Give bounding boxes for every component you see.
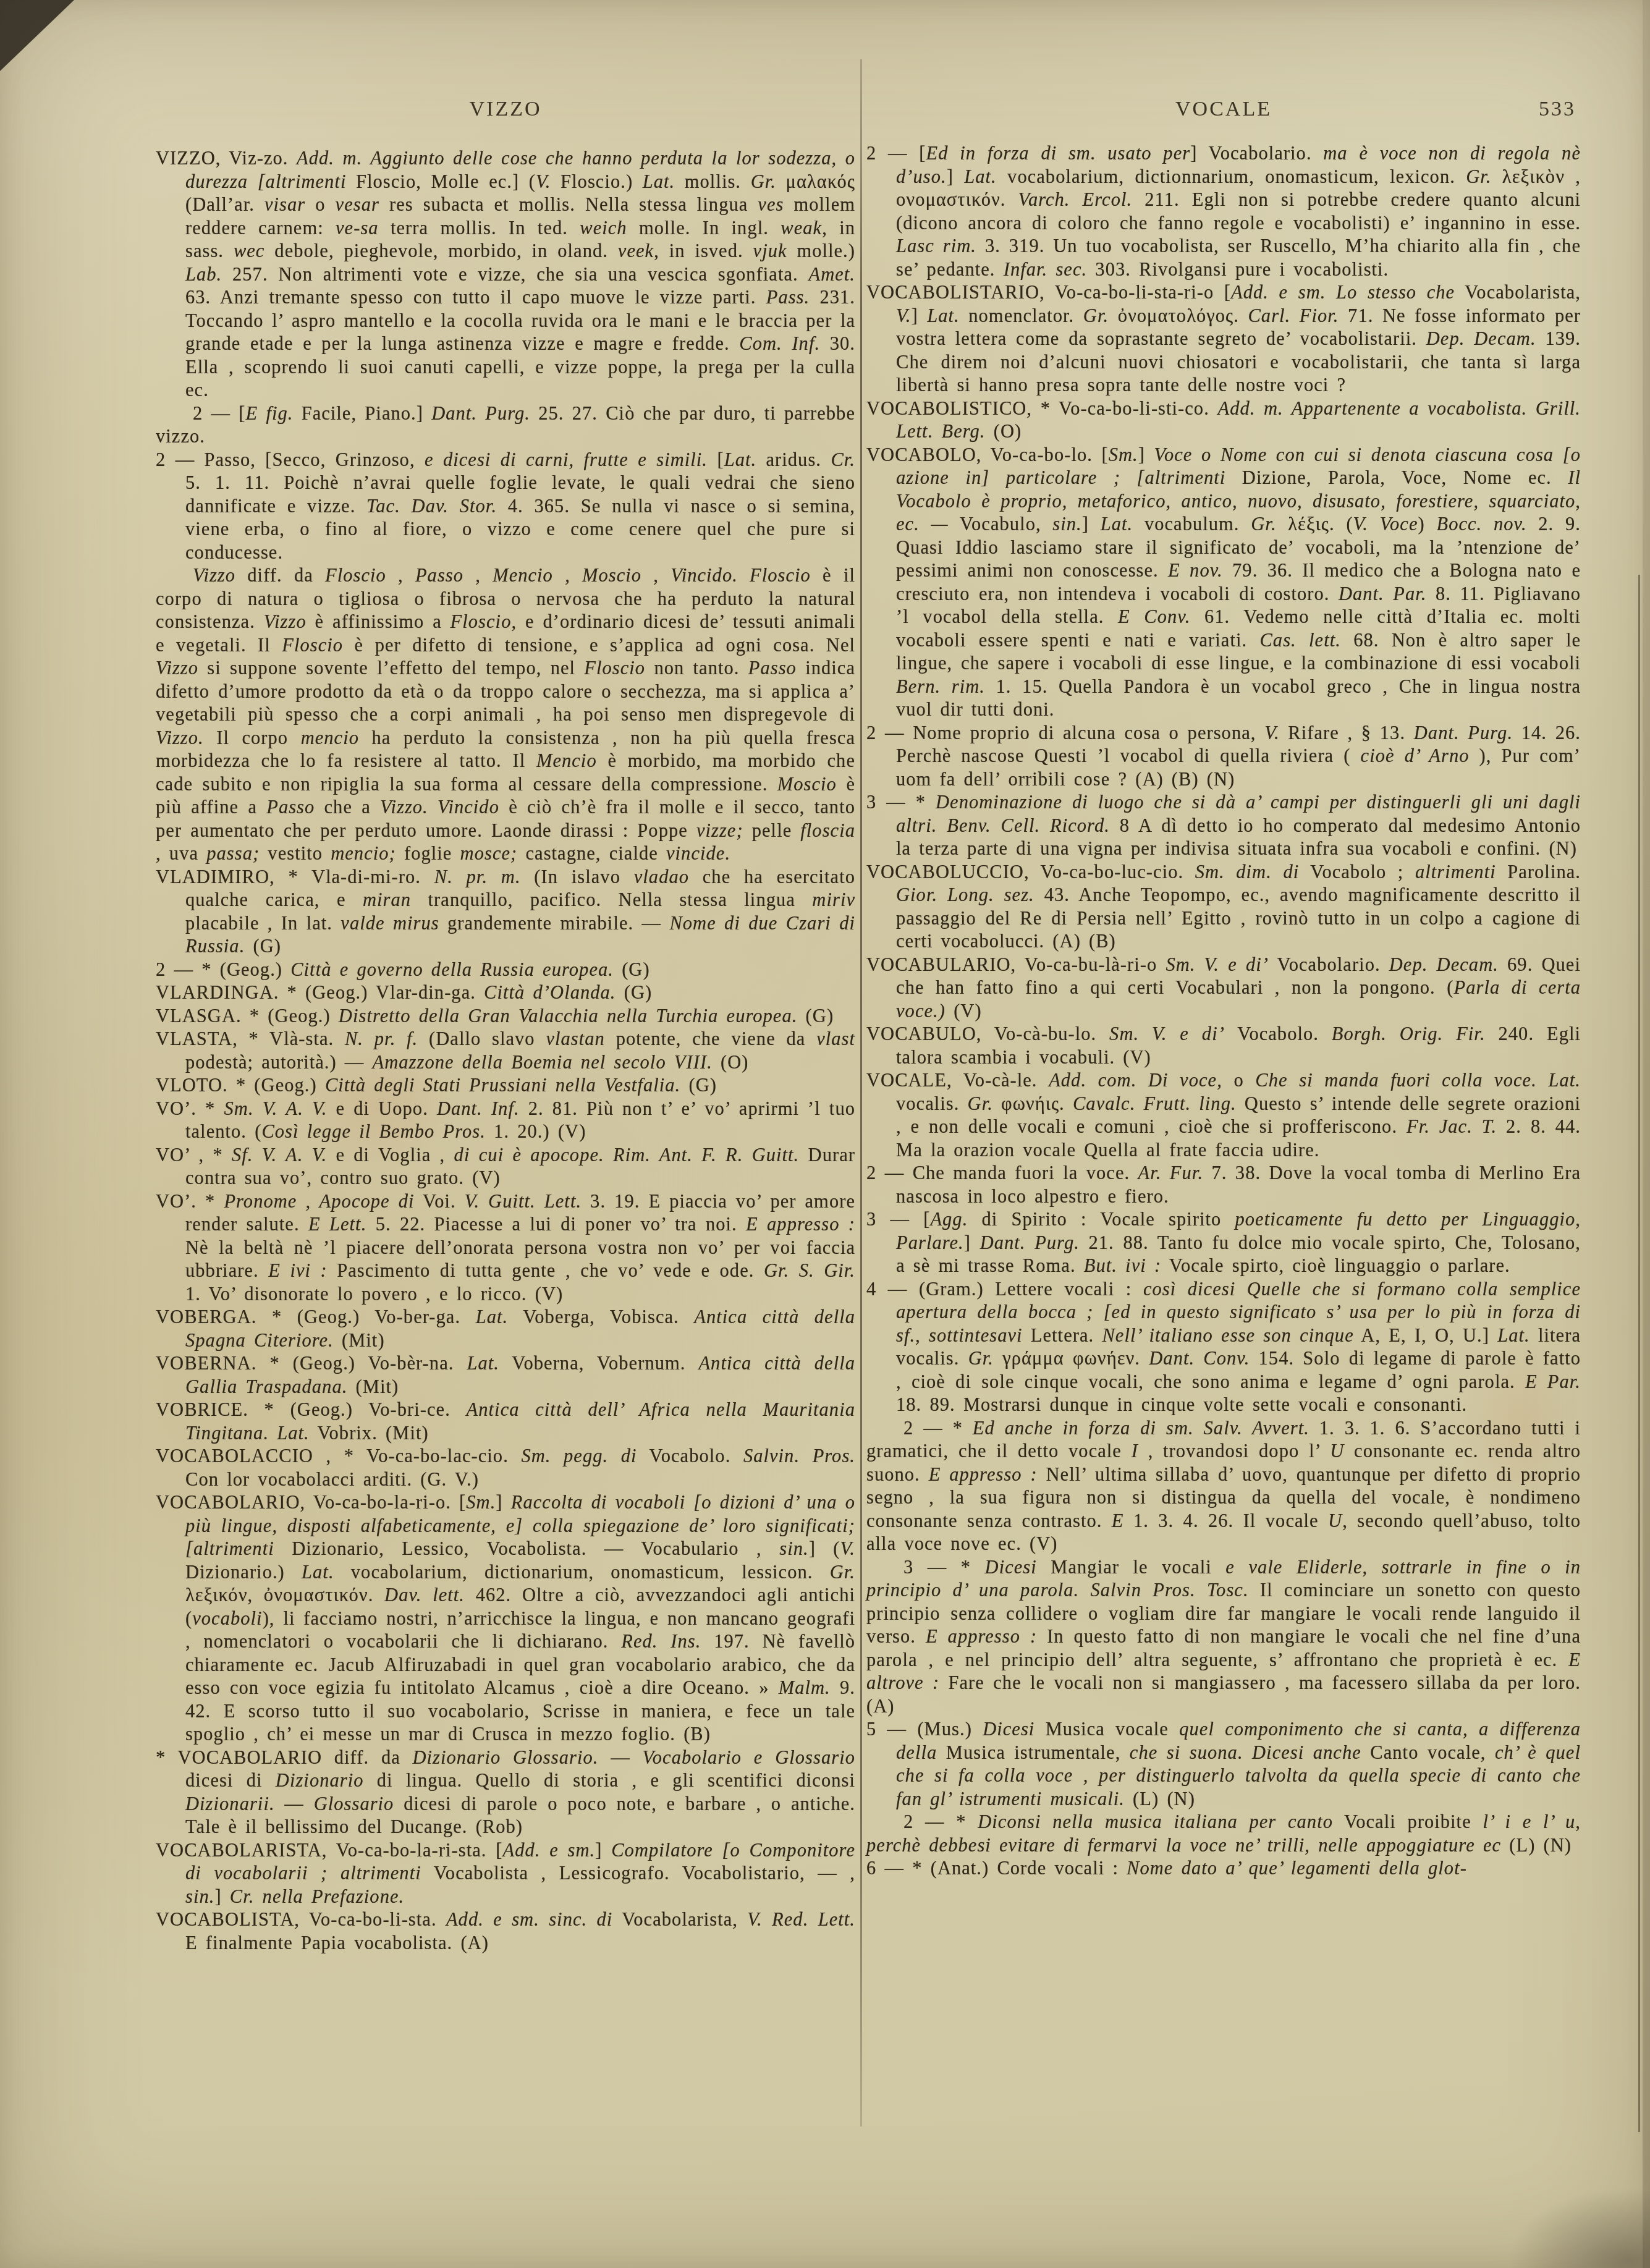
text-segment: γράμμα φωνήεν. xyxy=(994,1348,1149,1369)
text-segment: Glossario xyxy=(314,1793,394,1814)
text-segment: V. Red. Lett. xyxy=(747,1909,855,1930)
text-segment: miriv xyxy=(812,889,855,910)
text-segment: 2 — [ xyxy=(193,403,246,424)
text-segment: Sm. V. e di’ xyxy=(1166,954,1269,975)
text-segment: Vocabolarista, xyxy=(612,1909,747,1930)
left-column: VIZZO, Viz-zo. Add. m. Aggiunto delle co… xyxy=(156,147,855,1955)
text-segment: Vocabolo. xyxy=(637,1445,743,1466)
text-segment: debole, pieghevole, morbido, in oland. xyxy=(264,240,617,261)
text-segment: Città degli Stati Prussiani nella Vestfa… xyxy=(325,1075,680,1096)
text-segment: VOCABOLISTA, Vo-ca-bo-li-sta. xyxy=(156,1909,446,1930)
text-segment: che a xyxy=(315,797,380,818)
text-segment: Ed anche in forza di sm. Salv. Avvert. xyxy=(973,1418,1309,1439)
text-segment: Nell’ italiano esse son cinque xyxy=(1102,1325,1353,1346)
text-segment: di cui è apocope. Rim. Ant. F. R. Guitt. xyxy=(454,1145,800,1166)
text-segment: Lat. xyxy=(1548,1070,1581,1091)
text-segment: nomenclator. xyxy=(960,305,1083,326)
text-segment: U xyxy=(1330,1441,1344,1462)
text-segment: visar xyxy=(264,194,305,215)
text-segment: potente, che viene da xyxy=(605,1028,816,1049)
dictionary-paragraph: 2 — Nome proprio di alcuna cosa o person… xyxy=(866,722,1581,792)
text-segment: Ar. Fur. xyxy=(1138,1162,1204,1183)
text-segment: ] xyxy=(1082,514,1101,535)
text-segment: Gr. xyxy=(830,1562,855,1583)
text-segment: ] xyxy=(214,1886,229,1907)
text-segment: Vizzo. xyxy=(156,727,204,748)
text-segment: Cas. lett. xyxy=(1259,630,1340,651)
text-segment: Distretto della Gran Valacchia nella Tur… xyxy=(339,1005,798,1026)
scan-artifact-corner xyxy=(0,0,74,71)
text-segment: Mangiar le vocali xyxy=(1037,1557,1226,1578)
text-segment: mencio xyxy=(301,727,359,748)
text-segment: ves xyxy=(758,194,784,215)
text-segment: Lat. xyxy=(927,305,960,326)
text-segment: 6 — * (Anat.) Corde vocali : xyxy=(866,1858,1127,1879)
text-segment: Voi. xyxy=(415,1191,465,1212)
text-segment: weak xyxy=(781,218,822,239)
text-segment: (G) xyxy=(245,936,281,957)
text-segment: Floscio.) xyxy=(551,171,642,192)
dictionary-paragraph: VOCABOLISTARIO, Vo-ca-bo-li-sta-ri-o [Ad… xyxy=(866,281,1581,397)
dictionary-paragraph: 2 — * Diconsi nella musica italiana per … xyxy=(866,1811,1581,1857)
text-segment: (G) xyxy=(680,1075,717,1096)
text-segment: Cr. nella Prefazione. xyxy=(230,1886,404,1907)
text-segment: φωνήις. xyxy=(993,1093,1073,1114)
text-segment: 2 — * xyxy=(903,1418,973,1439)
dictionary-paragraph: 3 — * Dicesi Mangiar le vocali e vale El… xyxy=(866,1556,1581,1719)
text-segment: Musica vocale xyxy=(1034,1719,1179,1740)
text-segment: 2 — Nome proprio di alcuna cosa o person… xyxy=(866,722,1264,743)
text-segment: — xyxy=(598,1747,642,1768)
text-segment: vjuk xyxy=(753,240,787,261)
text-segment: 1. Vo’ disonorate lo povero , e lo ricco… xyxy=(185,1284,563,1305)
text-segment: Add. e sm. sinc. di xyxy=(446,1909,612,1930)
text-segment: dicesi di xyxy=(185,1770,276,1791)
text-segment: (G) xyxy=(614,959,650,980)
text-segment: Tac. Dav. Stor. xyxy=(366,496,497,517)
text-segment: VOBERNA. * (Geog.) Vo-bèr-na. xyxy=(156,1353,467,1374)
text-segment: Bocc. nov. xyxy=(1436,514,1526,535)
text-segment: ] xyxy=(964,1232,980,1253)
text-segment: Borgh. Orig. Fir. xyxy=(1332,1023,1486,1044)
text-segment: ] ( xyxy=(809,1538,840,1559)
text-segment: (In islavo xyxy=(521,866,634,887)
text-segment: Lat. xyxy=(476,1306,509,1327)
dictionary-paragraph: Vizzo diff. da Floscio , Passo , Mencio … xyxy=(156,564,855,866)
text-segment: 3 — [ xyxy=(866,1209,930,1230)
text-segment: VOCABULO, Vo-cà-bu-lo. xyxy=(866,1023,1109,1044)
text-segment: Vizzo. Vincido xyxy=(380,797,499,818)
dictionary-paragraph: VOCABOLARIO, Vo-ca-bo-la-ri-o. [Sm.] Rac… xyxy=(156,1491,855,1746)
text-segment: weich xyxy=(580,218,627,239)
text-segment: Fr. Jac. T. xyxy=(1407,1116,1497,1137)
text-segment: si suppone sovente l’effetto del tempo, … xyxy=(198,658,584,679)
text-segment: 2 — * (Geog.) xyxy=(156,959,290,980)
text-segment: Vocabulo, xyxy=(949,514,1053,535)
text-segment: E appresso : xyxy=(929,1464,1038,1485)
text-segment: Dav. lett. xyxy=(384,1585,465,1606)
text-segment: di lingua. Quello di storia , e gli scen… xyxy=(364,1770,855,1791)
text-segment: Canto vocale, xyxy=(1361,1742,1495,1763)
dictionary-paragraph: VOCABOLO, Vo-ca-bo-lo. [Sm.] Voce o Nome… xyxy=(866,444,1581,722)
scan-artifact-edge-line xyxy=(1638,575,1640,2132)
text-segment: Dep. Decam. xyxy=(1389,954,1499,975)
text-segment: Sm. V. A. V. xyxy=(224,1098,328,1119)
dictionary-paragraph: VLASTA, * Vlà-sta. N. pr. f. (Dallo slav… xyxy=(156,1028,855,1074)
text-segment: mencio; xyxy=(331,843,396,864)
text-segment: (G) xyxy=(616,982,653,1003)
text-segment: vincide. xyxy=(666,843,730,864)
text-segment: But. ivi : xyxy=(1084,1255,1161,1276)
text-segment: λέξις. ( xyxy=(1277,514,1353,535)
text-segment: Lat. xyxy=(643,171,675,192)
text-segment: passa; xyxy=(206,843,260,864)
dictionary-paragraph: VLASGA. * (Geog.) Distretto della Gran V… xyxy=(156,1005,855,1028)
dictionary-paragraph: 5 — (Mus.) Dicesi Musica vocale quel com… xyxy=(866,1718,1581,1811)
text-segment: Dep. Decam. xyxy=(1426,328,1536,349)
text-segment: vladao xyxy=(634,866,689,887)
text-segment: I xyxy=(1132,1441,1138,1462)
text-segment: e di Voglia , xyxy=(327,1145,454,1166)
text-segment: (Mit) xyxy=(347,1376,399,1397)
dictionary-paragraph: VLARDINGA. * (Geog.) Vlar-din-ga. Città … xyxy=(156,981,855,1005)
text-segment: Sf. V. A. V. xyxy=(232,1145,327,1166)
text-segment: Lat. xyxy=(467,1353,499,1374)
text-segment: E xyxy=(1112,1510,1124,1531)
text-segment: molle.) xyxy=(787,240,855,261)
text-segment: placabile , In lat. xyxy=(185,913,341,934)
text-segment: E Par. xyxy=(1525,1371,1581,1392)
dictionary-paragraph: VOBRICE. * (Geog.) Vo-bri-ce. Antica cit… xyxy=(156,1398,855,1445)
text-segment: Infar. sec. xyxy=(1004,259,1088,280)
text-segment: 1. 15. Quella Pandora è un vocabol greco… xyxy=(896,676,1581,721)
text-segment: Mencio xyxy=(536,750,597,771)
text-segment: Gr. xyxy=(968,1093,993,1114)
column-divider-rule xyxy=(860,59,862,2126)
text-segment: Floscio, xyxy=(451,611,517,632)
text-segment: Dicesi xyxy=(983,1719,1034,1740)
text-segment: Gr. xyxy=(1083,305,1109,326)
text-segment: castagne, cialde xyxy=(517,843,666,864)
text-segment: VOCABOLISTICO, * Vo-ca-bo-li-sti-co. xyxy=(866,398,1217,419)
text-segment: Vocabolario. xyxy=(1269,954,1389,975)
text-segment: pelle xyxy=(743,820,801,841)
text-segment: E finalmente Papia vocabolista. (A) xyxy=(185,1932,489,1953)
text-segment: Vocale spirto, cioè linguaggio o parlare… xyxy=(1161,1255,1510,1276)
text-segment: U xyxy=(1328,1510,1342,1531)
text-segment: Gr. xyxy=(1251,514,1276,535)
text-segment: Rifare , § 13. xyxy=(1280,722,1414,743)
text-segment: Sm. V. e di’ xyxy=(1109,1023,1225,1044)
text-segment: Sm. dim. di xyxy=(1195,861,1300,882)
text-segment: Lab. xyxy=(185,264,222,285)
text-segment: E Conv. xyxy=(1118,606,1190,627)
text-segment: Lasc rim. xyxy=(896,235,976,256)
text-segment: (Dallo slavo xyxy=(418,1028,546,1049)
text-segment: e dicesi di carni, frutte e simili. xyxy=(425,449,708,470)
text-segment: Vizzo xyxy=(193,565,235,586)
text-segment: Passo xyxy=(266,797,315,818)
text-segment: VIZZO, Viz-zo. xyxy=(156,148,297,169)
right-column: 2 — [Ed in forza di sm. usato per] Vocab… xyxy=(866,142,1581,1881)
text-segment: VOCABOLO, Vo-ca-bo-lo. [ xyxy=(866,444,1109,465)
text-segment: tranquillo, pacifico. Nella stessa lingu… xyxy=(411,889,812,910)
text-segment: Vocabolario e Glossario xyxy=(642,1747,855,1768)
text-segment: VLADIMIRO, * Vla-di-mi-ro. xyxy=(156,866,434,887)
text-segment: * VOCABOLARIO diff. da xyxy=(156,1747,413,1768)
text-segment: Vocabolo ; xyxy=(1299,861,1415,882)
text-segment: podestà; autorità.) — xyxy=(185,1052,373,1073)
dictionary-paragraph: VO’. * Sm. V. A. V. e di Uopo. Dant. Inf… xyxy=(156,1098,855,1144)
text-segment: ] xyxy=(496,1492,510,1513)
text-segment: vestito xyxy=(260,843,331,864)
text-segment: VOCABOLARISTA, Vo-ca-bo-la-ri-sta. [ xyxy=(156,1840,502,1861)
text-segment: V. Voce xyxy=(1353,514,1418,535)
dictionary-paragraph: VOCABOLARISTA, Vo-ca-bo-la-ri-sta. [Add.… xyxy=(156,1839,855,1909)
text-segment: mollis. xyxy=(675,171,750,192)
text-segment: Pass. xyxy=(766,287,810,308)
text-segment: Gr. xyxy=(968,1348,994,1369)
text-segment: altrimenti xyxy=(1415,861,1496,882)
text-segment: Dizione, Parola, Voce, Nome ec. xyxy=(1225,467,1568,488)
text-segment: vlast xyxy=(816,1028,855,1049)
text-segment xyxy=(1537,1070,1549,1091)
text-segment: Così legge il Bembo Pros. xyxy=(261,1121,486,1142)
left-running-head: VIZZO xyxy=(156,98,855,121)
text-segment: Varch. Ercol. xyxy=(1018,189,1133,210)
text-segment: 1. 20.) (V) xyxy=(486,1121,586,1142)
text-segment: Add. com. Di voce, xyxy=(1049,1070,1222,1091)
dictionary-paragraph: VOCABOLISTICO, * Vo-ca-bo-li-sti-co. Add… xyxy=(866,397,1581,444)
dictionary-paragraph: VLADIMIRO, * Vla-di-mi-ro. N. pr. m. (In… xyxy=(156,866,855,958)
text-segment: [ xyxy=(708,449,724,470)
text-segment: E ivi : xyxy=(268,1260,328,1281)
text-segment: ] xyxy=(911,305,927,326)
text-segment: Vizzo xyxy=(156,658,198,679)
text-segment: molle. In ingl. xyxy=(627,218,781,239)
text-segment: vocaboli xyxy=(192,1608,262,1629)
text-segment: Dant. Conv. xyxy=(1149,1348,1250,1369)
text-segment: VLARDINGA. * (Geog.) Vlar-din-ga. xyxy=(156,982,484,1003)
text-segment: è affinissimo a xyxy=(307,611,451,632)
text-segment: V. xyxy=(536,171,551,192)
text-segment: , trovandosi dopo l’ xyxy=(1138,1441,1330,1462)
text-segment: E appresso : xyxy=(926,1626,1037,1647)
text-segment: Add. e sm. xyxy=(502,1840,595,1861)
text-segment: res subacta et mollis. Nella stessa ling… xyxy=(379,194,758,215)
text-segment: V. xyxy=(896,305,911,326)
dictionary-paragraph: 6 — * (Anat.) Corde vocali : Nome dato a… xyxy=(866,1857,1581,1881)
text-segment: Voberna, Vobernum. xyxy=(499,1353,699,1374)
text-segment: veek xyxy=(618,240,654,261)
dictionary-paragraph: VIZZO, Viz-zo. Add. m. Aggiunto delle co… xyxy=(156,147,855,402)
scan-artifact-edge-strip xyxy=(1643,0,1650,2268)
text-segment: 4 — (Gram.) Lettere vocali : xyxy=(866,1279,1143,1300)
text-segment: Dant. Purg. xyxy=(1414,722,1513,743)
text-segment: V. xyxy=(840,1538,855,1559)
text-segment: VOCALE, Vo-cà-le. xyxy=(866,1070,1049,1091)
dictionary-paragraph: VOBERGA. * (Geog.) Vo-ber-ga. Lat. Vober… xyxy=(156,1306,855,1352)
text-segment: Gior. Long. sez. xyxy=(896,884,1034,905)
text-segment: VOCABULARIO, Vo-ca-bu-là-ri-o xyxy=(866,954,1166,975)
text-segment: Gr. xyxy=(751,171,776,192)
text-segment: Dant. Purg. xyxy=(980,1232,1080,1253)
text-segment: Add. e sm. Lo stesso che xyxy=(1231,282,1455,303)
text-segment: (V) xyxy=(946,1001,982,1022)
text-segment: Cavalc. Frutt. ling. xyxy=(1073,1093,1237,1114)
text-segment: VO’ , * xyxy=(156,1145,232,1166)
text-segment: Dizionario.) xyxy=(185,1562,302,1583)
dictionary-paragraph: VOCALE, Vo-cà-le. Add. com. Di voce, o C… xyxy=(866,1069,1581,1162)
text-segment: VLASTA, * Vlà-sta. xyxy=(156,1028,345,1049)
text-segment: Malm. xyxy=(779,1677,831,1698)
dictionary-paragraph: VO’. * Pronome , Apocope di Voi. V. Guit… xyxy=(156,1190,855,1306)
text-segment: vocabulum. xyxy=(1133,514,1251,535)
text-segment: vizze; xyxy=(696,820,743,841)
text-segment: wec xyxy=(234,240,265,261)
text-segment: Parolina. xyxy=(1496,861,1581,882)
text-segment: Musica istrumentale, xyxy=(937,1742,1130,1763)
text-segment: vocalis. xyxy=(896,1093,968,1114)
text-segment: — xyxy=(275,1793,314,1814)
text-segment: terra mollis. In ted. xyxy=(379,218,580,239)
text-segment: Dant. Par. xyxy=(1339,583,1427,604)
text-segment: 5. 22. Piacesse a lui di poner vo’ tra n… xyxy=(366,1214,746,1235)
text-segment: Dizionario, Lessico, Vocabolista. — Voca… xyxy=(274,1538,780,1559)
text-segment: E fig. xyxy=(246,403,294,424)
text-segment: A, E, I, O, U.] xyxy=(1354,1325,1498,1346)
dictionary-paragraph: VOCABOLACCIO , * Vo-ca-bo-lac-cio. Sm. p… xyxy=(156,1445,855,1491)
scanned-dictionary-page: { "colors": { "paper": "#d5cead", "ink":… xyxy=(0,0,1650,2268)
text-segment: aridus. xyxy=(756,449,831,470)
text-segment: 2 — Passo, [Secco, Grinzoso, xyxy=(156,449,425,470)
text-segment: (Mit) xyxy=(334,1330,385,1351)
text-segment: foglie xyxy=(396,843,460,864)
text-segment: Vocabolista , Lessicografo. Vocabolistar… xyxy=(421,1863,855,1884)
text-segment: Dicesi xyxy=(985,1557,1037,1578)
dictionary-paragraph: VLOTO. * (Geog.) Città degli Stati Pruss… xyxy=(156,1074,855,1098)
text-segment: 2 — Che manda fuori la voce. xyxy=(866,1162,1138,1183)
text-segment: Sm. pegg. di xyxy=(521,1445,637,1466)
text-segment: Voberga, Vobisca. xyxy=(508,1306,694,1327)
dictionary-paragraph: 2 — Che manda fuori la voce. Ar. Fur. 7.… xyxy=(866,1162,1581,1208)
text-segment: ] xyxy=(1138,444,1154,465)
text-segment: 3 — * xyxy=(866,792,936,813)
text-segment: Cr. xyxy=(831,449,855,470)
dictionary-paragraph: VOCABULARIO, Vo-ca-bu-là-ri-o Sm. V. e d… xyxy=(866,954,1581,1023)
text-segment: VOCABOLACCIO , * Vo-ca-bo-lac-cio. xyxy=(156,1445,521,1466)
text-segment: ) xyxy=(1418,514,1437,535)
text-segment: , uva xyxy=(156,843,206,864)
text-segment: non tanto. xyxy=(645,658,748,679)
text-segment: diff. da xyxy=(235,565,325,586)
text-segment: Vocali proibite xyxy=(1333,1811,1483,1832)
text-segment: Vocabolarista, xyxy=(1455,282,1581,303)
text-segment: o xyxy=(305,194,335,215)
text-segment: VOBRICE. * (Geog.) Vo-bri-ce. xyxy=(156,1399,467,1420)
text-segment: Che si manda fuori colla voce. xyxy=(1255,1070,1537,1091)
text-segment: Floscio, Molle ec.] ( xyxy=(356,171,536,192)
text-segment: vesar xyxy=(336,194,379,215)
dictionary-paragraph: VOCABOLISTA, Vo-ca-bo-li-sta. Add. e sm.… xyxy=(156,1908,855,1955)
dictionary-paragraph: 4 — (Gram.) Lettere vocali : così dicesi… xyxy=(866,1278,1581,1417)
text-segment: o xyxy=(1222,1070,1256,1091)
text-segment: vlastan xyxy=(546,1028,604,1049)
dictionary-paragraph: 2 — * Ed anche in forza di sm. Salv. Avv… xyxy=(866,1417,1581,1556)
page-number: 533 xyxy=(1440,98,1576,121)
dictionary-paragraph: 3 — * Denominazione di luogo che si dà a… xyxy=(866,791,1581,861)
text-segment: V. xyxy=(1264,722,1279,743)
text-segment: sin. xyxy=(779,1538,808,1559)
dictionary-paragraph: VOBERNA. * (Geog.) Vo-bèr-na. Lat. Vober… xyxy=(156,1352,855,1398)
text-segment: 1. 3. 4. 26. Il vocale xyxy=(1123,1510,1328,1531)
dictionary-paragraph: VOCABULO, Vo-cà-bu-lo. Sm. V. e di’ Voca… xyxy=(866,1023,1581,1069)
text-segment: VO’. * xyxy=(156,1191,224,1212)
text-segment: valde mirus xyxy=(341,913,439,934)
text-segment: che si suona. Dicesi anche xyxy=(1130,1742,1361,1763)
text-segment: Vocabolo. xyxy=(1225,1023,1332,1044)
text-segment: 3 — * xyxy=(903,1557,985,1578)
text-segment: Amet. xyxy=(808,264,855,285)
text-segment: Vobrix. (Mit) xyxy=(310,1423,429,1444)
text-segment: Fare che le vocali non si mangiassero , … xyxy=(866,1672,1581,1717)
text-segment: ] xyxy=(947,166,965,187)
text-segment: vocabolarium, dictionarium, onomasticum,… xyxy=(334,1562,830,1583)
text-segment: N. pr. m. xyxy=(434,866,521,887)
text-segment: Floscio xyxy=(584,658,645,679)
text-segment: Il corpo xyxy=(204,727,301,748)
text-segment: 303. Rivolgansi pure i vocabolisti. xyxy=(1087,259,1389,280)
text-segment: VLOTO. * (Geog.) xyxy=(156,1075,325,1096)
text-segment: cioè d’ Arno xyxy=(1361,745,1470,766)
text-segment: sin. xyxy=(185,1886,214,1907)
text-segment: Dizionario Glossario. xyxy=(413,1747,599,1768)
text-segment: Vizzo xyxy=(264,611,307,632)
text-segment: 18. 89. Mostrarsi dunque in cinque volte… xyxy=(896,1394,1467,1415)
text-segment: mosce; xyxy=(460,843,518,864)
text-segment: Lat. xyxy=(964,166,997,187)
text-segment: 5 — (Mus.) xyxy=(866,1719,983,1740)
text-segment: V. Guitt. Lett. xyxy=(465,1191,582,1212)
text-segment: Gr. xyxy=(1466,166,1491,187)
text-segment: Moscio xyxy=(777,774,837,795)
text-segment: , in isved. xyxy=(654,240,753,261)
text-segment: Passo xyxy=(748,658,797,679)
text-segment: E appresso : xyxy=(746,1214,855,1235)
text-segment: Dant. Inf. xyxy=(437,1098,520,1119)
text-segment: Salvin. Pros. xyxy=(743,1445,855,1466)
text-segment: Floscio xyxy=(282,635,343,656)
text-segment: di Spirito : Vocale spirito xyxy=(968,1209,1235,1230)
text-segment: Diconsi nella musica italiana per canto xyxy=(978,1811,1333,1832)
text-segment: E nov. xyxy=(1168,560,1223,581)
text-segment: Floscio , Passo , Mencio , Moscio , Vinc… xyxy=(325,565,811,586)
dictionary-paragraph: 2 — [Ed in forza di sm. usato per] Vocab… xyxy=(866,142,1581,281)
text-segment: Città d’Olanda. xyxy=(484,982,616,1003)
dictionary-paragraph: 3 — [Agg. di Spirito : Vocale spirito po… xyxy=(866,1208,1581,1278)
text-segment: Red. Ins. xyxy=(621,1631,701,1652)
text-segment: (G) xyxy=(797,1005,834,1026)
text-segment: Gr. S. Gir. xyxy=(764,1260,855,1281)
text-segment: Lettera. xyxy=(1023,1325,1102,1346)
text-segment: Lat. xyxy=(302,1562,334,1583)
text-segment: ὀνοματολόγος. xyxy=(1109,305,1248,326)
text-segment: Lat. xyxy=(1101,514,1133,535)
text-segment: Bern. rim. xyxy=(896,676,985,697)
text-segment: Ed in forza di sm. usato per xyxy=(926,143,1190,164)
scan-artifact-smudge xyxy=(1508,2188,1650,2268)
text-segment: Dizionarii. xyxy=(185,1793,275,1814)
